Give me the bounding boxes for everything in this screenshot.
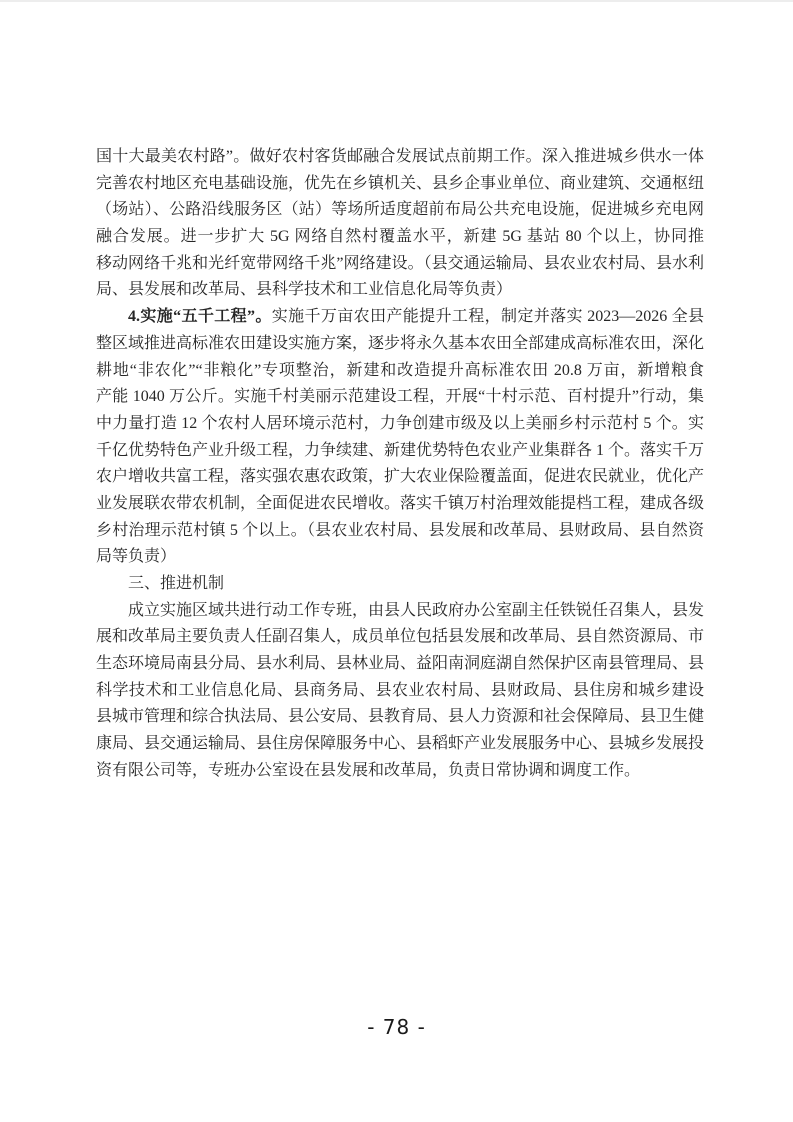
text-line: 展和改革局主要负责人任副召集人，成员单位包括县发展和改革局、县自然资源局、市 — [96, 624, 704, 651]
text-line: 融合发展。进一步扩大 5G 网络自然村覆盖水平，新建 5G 基站 80 个以上，… — [96, 224, 704, 251]
text-line: 生态环境局南县分局、县水利局、县林业局、益阳南洞庭湖自然保护区南县管理局、县 — [96, 651, 704, 678]
section-heading: 三、推进机制 — [96, 571, 704, 598]
text-line: 成立实施区域共进行动工作专班，由县人民政府办公室副主任铁锐任召集人，县发 — [96, 598, 704, 625]
text-line: （场站）、公路沿线服务区（站）等场所适度超前布局公共充电设施，促进城乡充电网络 — [96, 197, 704, 224]
text-line: 整区域推进高标准农田建设实施方案，逐步将永久基本农田全部建成高标准农田，深化 — [96, 331, 704, 358]
text-line: 移动网络千兆和光纤宽带网络千兆”网络建设。（县交通运输局、县农业农村局、县水利 — [96, 251, 704, 278]
text-line: 千亿优势特色产业升级工程，力争续建、新建优势特色农业产业集群各 1 个。落实千万 — [96, 438, 704, 465]
text-line: 完善农村地区充电基础设施，优先在乡镇机关、县乡企事业单位、商业建筑、交通枢纽 — [96, 171, 704, 198]
text-line: 乡村治理示范村镇 5 个以上。（县农业农村局、县发展和改革局、县财政局、县自然资… — [96, 518, 704, 545]
text-line: 耕地“非农化”“非粮化”专项整治，新建和改造提升高标准农田 20.8 万亩，新增… — [96, 358, 704, 385]
text-line: 业发展联农带农机制，全面促进农民增收。落实千镇万村治理效能提档工程，建成各级 — [96, 491, 704, 518]
text-line: 国十大最美农村路”。做好农村客货邮融合发展试点前期工作。深入推进城乡供水一体化。 — [96, 144, 704, 171]
text-line: 康局、县交通运输局、县住房保障服务中心、县稻虾产业发展服务中心、县城乡发展投 — [96, 731, 704, 758]
text-line: 科学技术和工业信息化局、县商务局、县农业农村局、县财政局、县住房和城乡建设局、 — [96, 678, 704, 705]
scan-edge-artifact — [0, 0, 793, 2]
page-number: - 78 - — [0, 1015, 793, 1039]
text-line: 局等负责） — [96, 544, 704, 571]
text-line: 县城市管理和综合执法局、县公安局、县教育局、县人力资源和社会保障局、县卫生健 — [96, 704, 704, 731]
text-line: 资有限公司等，专班办公室设在县发展和改革局，负责日常协调和调度工作。 — [96, 758, 704, 785]
text-line: 产能 1040 万公斤。实施千村美丽示范建设工程，开展“十村示范、百村提升”行动… — [96, 384, 704, 411]
text-line: 局、县发展和改革局、县科学技术和工业信息化局等负责） — [96, 277, 704, 304]
text-line: 中力量打造 12 个农村人居环境示范村，力争创建市级及以上美丽乡村示范村 5 个… — [96, 411, 704, 438]
document-page: 国十大最美农村路”。做好农村客货邮融合发展试点前期工作。深入推进城乡供水一体化。… — [0, 0, 793, 1122]
text-line: 4.实施“五千工程”。实施千万亩农田产能提升工程，制定并落实 2023—2026… — [96, 304, 704, 331]
bold-run: 4.实施“五千工程”。 — [128, 308, 272, 325]
document-body: 国十大最美农村路”。做好农村客货邮融合发展试点前期工作。深入推进城乡供水一体化。… — [96, 144, 704, 785]
text-line: 农户增收共富工程，落实强农惠农政策，扩大农业保险覆盖面，促进农民就业，优化产 — [96, 464, 704, 491]
